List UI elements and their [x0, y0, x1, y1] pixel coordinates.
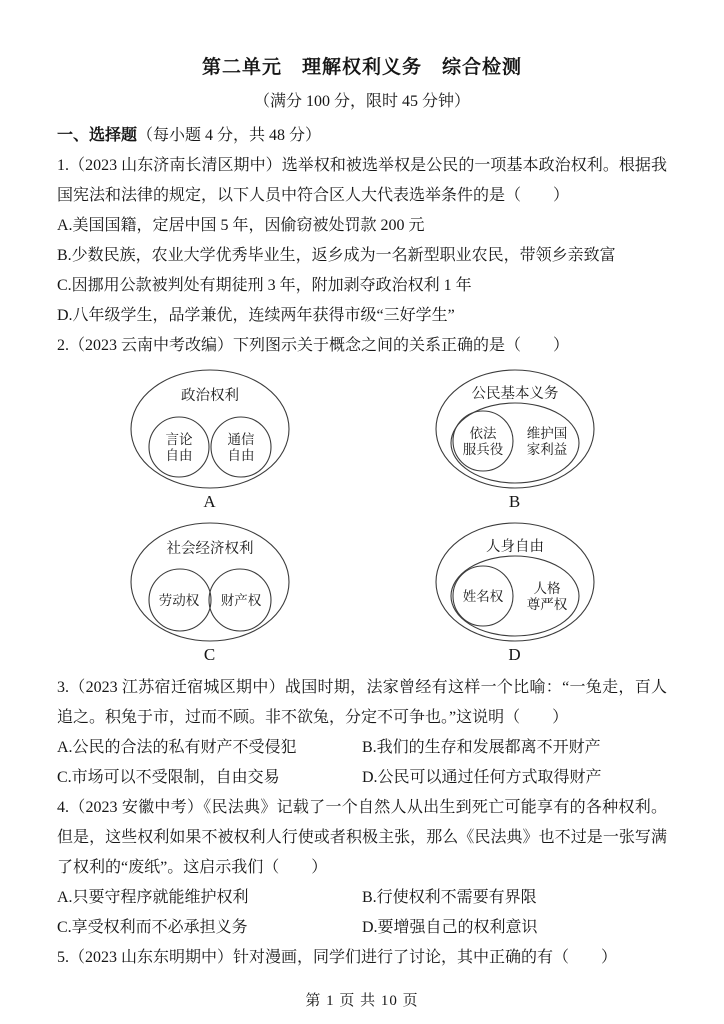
question-stem: 4.（2023 安徽中考）《民法典》记载了一个自然人从出生到死亡可能享有的各种权…	[57, 793, 667, 883]
document-page: 第二单元 理解权利义务 综合检测 （满分 100 分，限时 45 分钟） 一、选…	[0, 0, 724, 1024]
page-title: 第二单元 理解权利义务 综合检测	[57, 52, 667, 79]
question-2: 2.（2023 云南中考改编）下列图示关于概念之间的关系正确的是（ ） 政治权利…	[57, 331, 667, 671]
option-item: B.我们的生存和发展都离不开财产	[362, 733, 667, 763]
option-item: C.市场可以不受限制，自由交易	[57, 763, 362, 793]
venn-letter: C	[204, 645, 215, 665]
option-line: D.八年级学生，品学兼优，连续两年获得市级“三好学生”	[57, 301, 667, 331]
page-subtitle: （满分 100 分，限时 45 分钟）	[57, 88, 667, 111]
venn-option-c: 社会经济权利 劳动权 财产权 C	[57, 518, 362, 671]
right-label-line2: 家利益	[526, 441, 567, 457]
venn-diagram-d: 人身自由 姓名权 人格 尊严权	[433, 520, 597, 644]
venn-title: 社会经济权利	[166, 539, 253, 557]
venn-diagram-c: 社会经济权利 劳动权 财产权	[128, 520, 292, 644]
option-row: C.市场可以不受限制，自由交易 D.公民可以通过任何方式取得财产	[57, 763, 667, 793]
left-label-line1: 言论	[165, 432, 192, 447]
venn-title: 公民基本义务	[471, 384, 558, 402]
option-line: A.美国国籍，定居中国 5 年，因偷窃被处罚款 200 元	[57, 211, 667, 241]
page-footer: 第 1 页 共 10 页	[57, 989, 667, 1010]
section-heading-note: （每小题 4 分，共 48 分）	[137, 127, 321, 144]
left-label-line1: 依法	[469, 425, 496, 441]
venn-grid: 政治权利 言论 自由 通信 自由 A 公民基本义务 依法	[57, 365, 667, 671]
question-stem: 2.（2023 云南中考改编）下列图示关于概念之间的关系正确的是（ ）	[57, 331, 667, 361]
venn-letter: B	[509, 492, 520, 512]
question-1: 1.（2023 山东济南长清区期中）选举权和被选举权是公民的一项基本政治权利。根…	[57, 151, 667, 331]
venn-option-d: 人身自由 姓名权 人格 尊严权 D	[362, 518, 667, 671]
right-circle	[211, 417, 271, 477]
option-item: D.公民可以通过任何方式取得财产	[362, 763, 667, 793]
right-label-line1: 维护国	[526, 425, 567, 441]
option-row: A.公民的合法的私有财产不受侵犯 B.我们的生存和发展都离不开财产	[57, 733, 667, 763]
venn-letter: D	[508, 645, 520, 665]
option-item: A.公民的合法的私有财产不受侵犯	[57, 733, 362, 763]
question-stem: 1.（2023 山东济南长清区期中）选举权和被选举权是公民的一项基本政治权利。根…	[57, 151, 667, 211]
right-label: 财产权	[220, 592, 261, 608]
left-label: 姓名权	[462, 588, 503, 604]
left-circle	[453, 411, 513, 471]
option-item: B.行使权利不需要有界限	[362, 883, 667, 913]
question-stem: 5.（2023 山东东明期中）针对漫画，同学们进行了讨论，其中正确的有（ ）	[57, 943, 667, 973]
section-heading: 一、选择题（每小题 4 分，共 48 分）	[57, 121, 667, 151]
option-row: C.享受权利而不必承担义务 D.要增强自己的权利意识	[57, 913, 667, 943]
section-heading-label: 一、选择题	[57, 127, 137, 144]
question-3: 3.（2023 江苏宿迁宿城区期中）战国时期，法家曾经有这样一个比喻：“一兔走，…	[57, 673, 667, 793]
right-label-line1: 人格	[533, 580, 561, 596]
option-item: D.要增强自己的权利意识	[362, 913, 667, 943]
venn-diagram-a: 政治权利 言论 自由 通信 自由	[128, 367, 292, 491]
left-circle	[149, 417, 209, 477]
option-item: C.享受权利而不必承担义务	[57, 913, 362, 943]
venn-letter: A	[203, 492, 215, 512]
left-label-line2: 自由	[165, 448, 192, 463]
venn-option-a: 政治权利 言论 自由 通信 自由 A	[57, 365, 362, 518]
venn-diagram-b: 公民基本义务 依法 服兵役 维护国 家利益	[433, 367, 597, 491]
venn-option-b: 公民基本义务 依法 服兵役 维护国 家利益 B	[362, 365, 667, 518]
left-label: 劳动权	[158, 592, 199, 608]
venn-title: 人身自由	[486, 538, 544, 555]
venn-title: 政治权利	[181, 386, 239, 404]
left-label-line2: 服兵役	[462, 442, 503, 457]
question-stem: 3.（2023 江苏宿迁宿城区期中）战国时期，法家曾经有这样一个比喻：“一兔走，…	[57, 673, 667, 733]
option-line: C.因挪用公款被判处有期徒刑 3 年，附加剥夺政治权利 1 年	[57, 271, 667, 301]
right-label-line2: 尊严权	[526, 596, 567, 612]
right-label-line2: 自由	[227, 448, 254, 463]
option-row: A.只要守程序就能维护权利 B.行使权利不需要有界限	[57, 883, 667, 913]
question-4: 4.（2023 安徽中考）《民法典》记载了一个自然人从出生到死亡可能享有的各种权…	[57, 793, 667, 943]
option-line: B.少数民族，农业大学优秀毕业生，返乡成为一名新型职业农民，带领乡亲致富	[57, 241, 667, 271]
question-5: 5.（2023 山东东明期中）针对漫画，同学们进行了讨论，其中正确的有（ ）	[57, 943, 667, 973]
option-item: A.只要守程序就能维护权利	[57, 883, 362, 913]
right-label-line1: 通信	[227, 432, 254, 447]
